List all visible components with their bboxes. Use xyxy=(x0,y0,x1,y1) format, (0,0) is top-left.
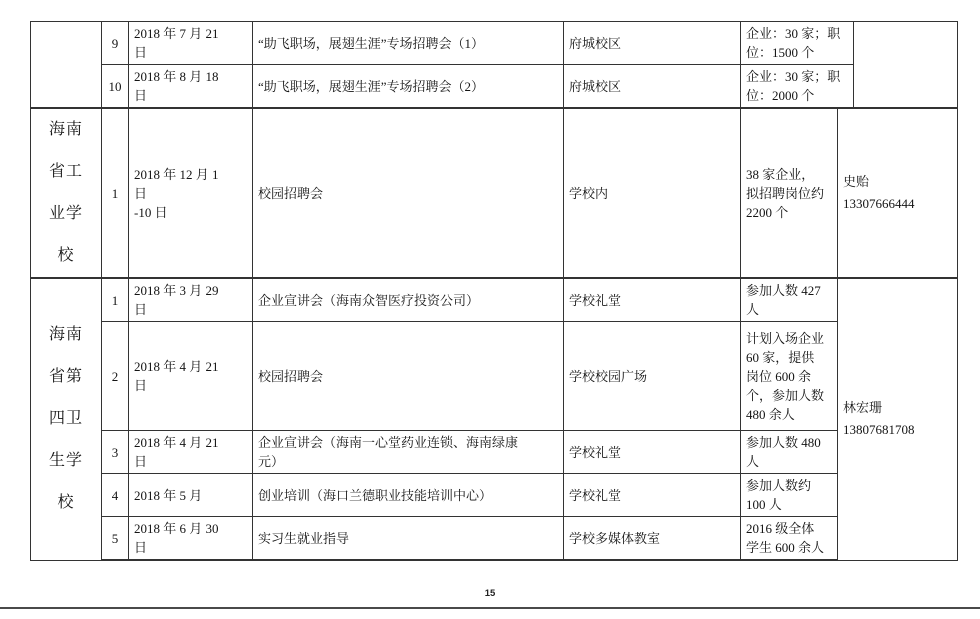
stats-cell: 计划入场企业 60 家，提供 岗位 600 余 个，参加人数 480 余人 xyxy=(741,322,838,431)
page-number: 15 xyxy=(0,588,980,599)
stats-cell: 38 家企业， 拟招聘岗位约 2200 个 xyxy=(741,108,838,278)
location-cell: 学校多媒体教室 xyxy=(564,517,741,561)
stats-cell: 参加人数约 100 人 xyxy=(741,474,838,517)
event-cell: “助飞职场，展翅生涯”专场招聘会（1） xyxy=(253,22,564,65)
event-cell: 实习生就业指导 xyxy=(253,517,564,561)
table-row: 海南 省第 四卫 生学 校 1 2018 年 3 月 29 日 企业宣讲会（海南… xyxy=(31,278,958,322)
location-cell: 学校礼堂 xyxy=(564,474,741,517)
recruitment-table: 9 2018 年 7 月 21 日 “助飞职场，展翅生涯”专场招聘会（1） 府城… xyxy=(30,21,958,561)
table-row: 10 2018 年 8 月 18 日 “助飞职场，展翅生涯”专场招聘会（2） 府… xyxy=(31,65,958,109)
row-num-cell: 1 xyxy=(102,278,129,322)
date-cell: 2018 年 12 月 1 日 -10 日 xyxy=(129,108,253,278)
table-row: 海南 省工 业学 校 1 2018 年 12 月 1 日 -10 日 校园招聘会… xyxy=(31,108,958,278)
school-cell: 海南 省第 四卫 生学 校 xyxy=(31,278,102,560)
stats-cell: 企业：30 家；职 位：2000 个 xyxy=(741,65,854,109)
table-row: 4 2018 年 5 月 创业培训（海口兰德职业技能培训中心） 学校礼堂 参加人… xyxy=(31,474,958,517)
stats-cell: 参加人数 427 人 xyxy=(741,278,838,322)
school-cell xyxy=(31,22,102,109)
event-cell: 创业培训（海口兰德职业技能培训中心） xyxy=(253,474,564,517)
stats-cell: 企业：30 家；职 位：1500 个 xyxy=(741,22,854,65)
row-num-cell: 1 xyxy=(102,108,129,278)
location-cell: 府城校区 xyxy=(564,65,741,109)
location-cell: 学校礼堂 xyxy=(564,431,741,474)
row-num-cell: 9 xyxy=(102,22,129,65)
footer-rule xyxy=(0,607,980,609)
location-cell: 学校校园广场 xyxy=(564,322,741,431)
table-row: 2 2018 年 4 月 21 日 校园招聘会 学校校园广场 计划入场企业 60… xyxy=(31,322,958,431)
date-cell: 2018 年 3 月 29 日 xyxy=(129,278,253,322)
contact-cell xyxy=(854,22,958,109)
event-cell: 校园招聘会 xyxy=(253,322,564,431)
location-cell: 学校内 xyxy=(564,108,741,278)
contact-cell: 林宏珊 13807681708 xyxy=(838,278,958,560)
date-cell: 2018 年 8 月 18 日 xyxy=(129,65,253,109)
date-cell: 2018 年 4 月 21 日 xyxy=(129,431,253,474)
location-cell: 府城校区 xyxy=(564,22,741,65)
document-page: { "page": { "page_number": "15", "backgr… xyxy=(0,0,980,619)
table-row: 5 2018 年 6 月 30 日 实习生就业指导 学校多媒体教室 2016 级… xyxy=(31,517,958,561)
event-cell: 校园招聘会 xyxy=(253,108,564,278)
school-cell: 海南 省工 业学 校 xyxy=(31,108,102,278)
stats-cell: 2016 级全体 学生 600 余人 xyxy=(741,517,838,561)
event-cell: 企业宣讲会（海南一心堂药业连锁、海南绿康 元） xyxy=(253,431,564,474)
date-cell: 2018 年 6 月 30 日 xyxy=(129,517,253,561)
event-cell: “助飞职场，展翅生涯”专场招聘会（2） xyxy=(253,65,564,109)
table-row: 9 2018 年 7 月 21 日 “助飞职场，展翅生涯”专场招聘会（1） 府城… xyxy=(31,22,958,65)
date-cell: 2018 年 5 月 xyxy=(129,474,253,517)
date-cell: 2018 年 7 月 21 日 xyxy=(129,22,253,65)
event-cell: 企业宣讲会（海南众智医疗投资公司） xyxy=(253,278,564,322)
row-num-cell: 3 xyxy=(102,431,129,474)
row-num-cell: 4 xyxy=(102,474,129,517)
row-num-cell: 10 xyxy=(102,65,129,109)
table-row: 3 2018 年 4 月 21 日 企业宣讲会（海南一心堂药业连锁、海南绿康 元… xyxy=(31,431,958,474)
row-num-cell: 2 xyxy=(102,322,129,431)
date-cell: 2018 年 4 月 21 日 xyxy=(129,322,253,431)
stats-cell: 参加人数 480 人 xyxy=(741,431,838,474)
row-num-cell: 5 xyxy=(102,517,129,561)
location-cell: 学校礼堂 xyxy=(564,278,741,322)
contact-cell: 史贻 13307666444 xyxy=(838,108,958,278)
